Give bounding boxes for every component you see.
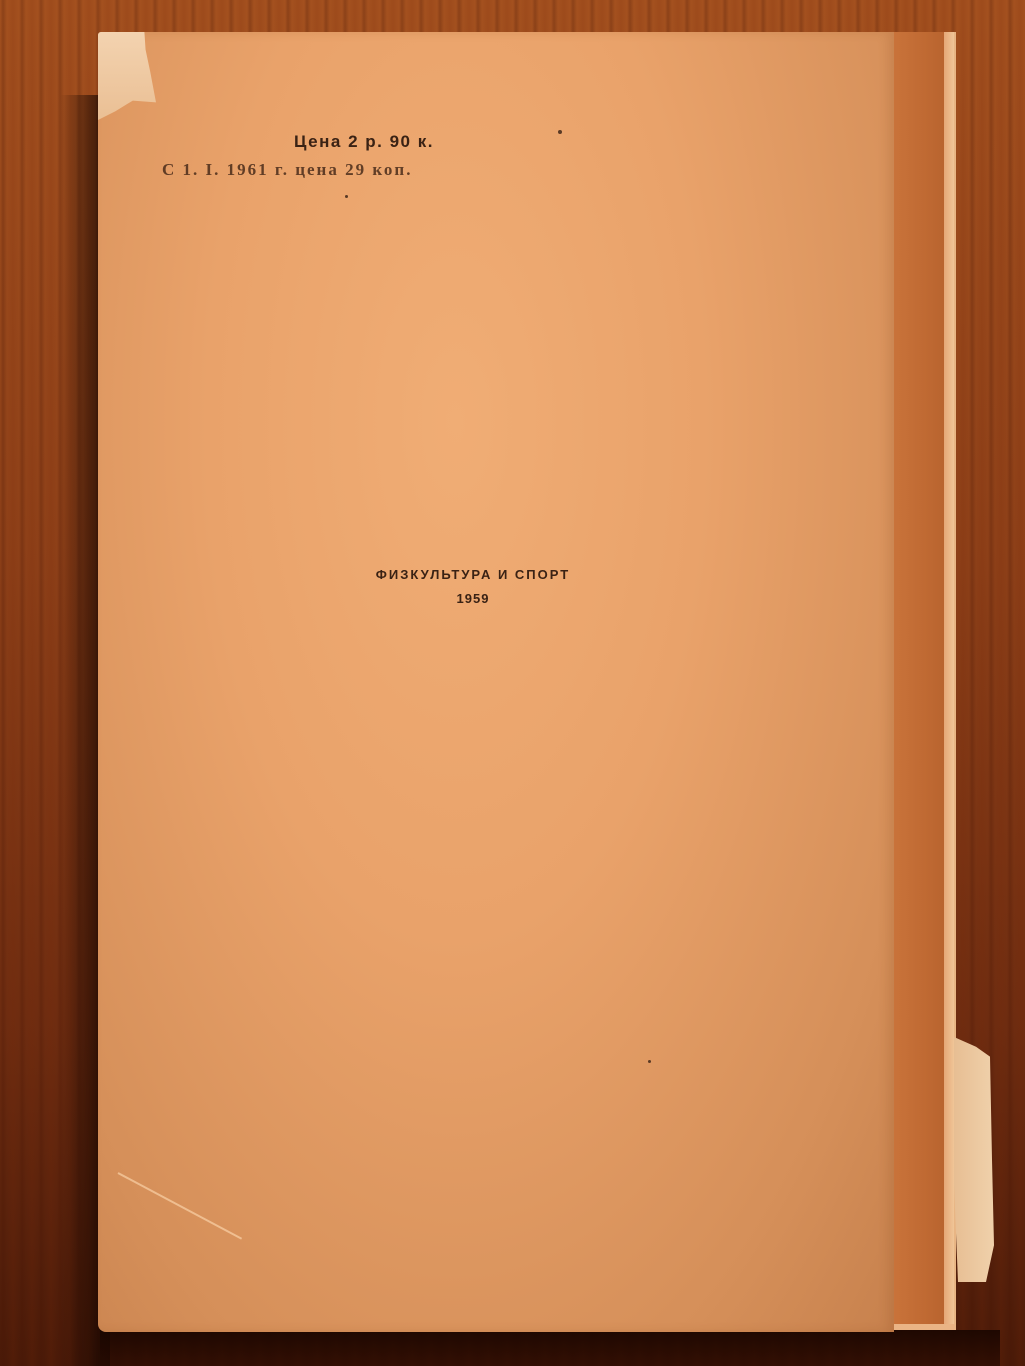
torn-page-piece [954, 1037, 994, 1282]
table-shadow-bottom [100, 1330, 1000, 1366]
ink-speck [648, 1060, 651, 1063]
ink-speck [558, 130, 562, 134]
ink-speck [345, 195, 348, 198]
spine-page-edge [944, 32, 954, 1324]
back-cover: Цена 2 р. 90 к. С 1. I. 1961 г. цена 29 … [98, 32, 894, 1332]
publisher-name: ФИЗКУЛЬТУРА И СПОРТ [338, 567, 608, 582]
torn-corner [98, 32, 156, 120]
price-revaluation-text: С 1. I. 1961 г. цена 29 коп. [162, 160, 522, 180]
book: Цена 2 р. 90 к. С 1. I. 1961 г. цена 29 … [98, 32, 996, 1332]
publication-year: 1959 [338, 591, 608, 606]
price-text: Цена 2 р. 90 к. [234, 132, 494, 152]
crease-line [118, 1172, 243, 1239]
